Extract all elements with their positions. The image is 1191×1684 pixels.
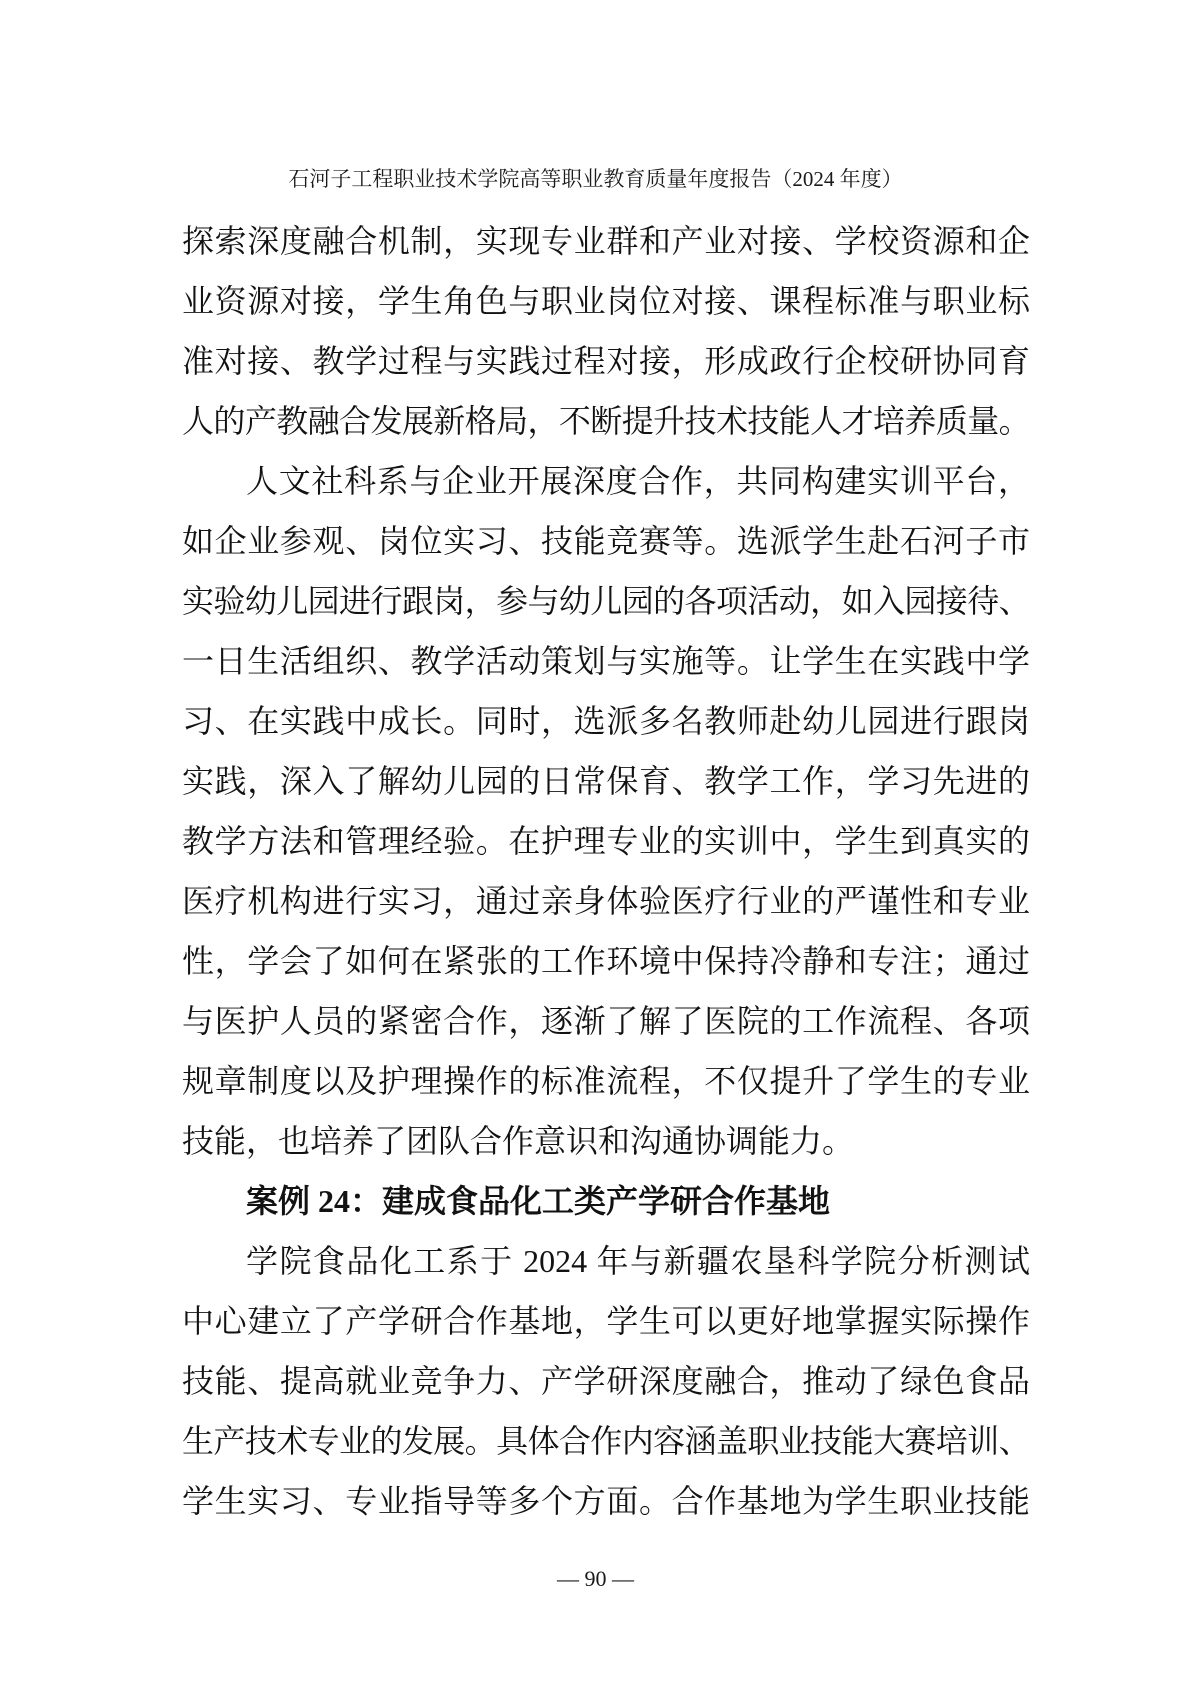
body-line: 医疗机构进行实习，通过亲身体验医疗行业的严谨性和专业 [182,871,1030,931]
case-study-heading: 案例 24：建成食品化工类产学研合作基地 [182,1171,1030,1231]
body-line: 与医护人员的紧密合作，逐渐了解了医院的工作流程、各项 [182,991,1030,1051]
document-page: 石河子工程职业技术学院高等职业教育质量年度报告（2024 年度） 探索深度融合机… [0,0,1191,1684]
body-line: 生产技术专业的发展。具体合作内容涵盖职业技能大赛培训、 [182,1411,1030,1471]
body-line: 人的产教融合发展新格局，不断提升技术技能人才培养质量。 [182,391,1030,451]
body-line: 业资源对接，学生角色与职业岗位对接、课程标准与职业标 [182,271,1030,331]
body-line: 探索深度融合机制，实现专业群和产业对接、学校资源和企 [182,211,1030,271]
body-line: 教学方法和管理经验。在护理专业的实训中，学生到真实的 [182,811,1030,871]
body-line: 学院食品化工系于 2024 年与新疆农垦科学院分析测试 [182,1231,1030,1291]
body-line: 学生实习、专业指导等多个方面。合作基地为学生职业技能 [182,1471,1030,1531]
body-line: 一日生活组织、教学活动策划与实施等。让学生在实践中学 [182,631,1030,691]
page-number: — 90 — [0,1562,1191,1596]
body-line: 技能、提高就业竞争力、产学研深度融合，推动了绿色食品 [182,1351,1030,1411]
body-line: 规章制度以及护理操作的标准流程，不仅提升了学生的专业 [182,1051,1030,1111]
body-line: 性，学会了如何在紧张的工作环境中保持冷静和专注；通过 [182,931,1030,991]
body-line: 实践，深入了解幼儿园的日常保育、教学工作，学习先进的 [182,751,1030,811]
body-line: 技能，也培养了团队合作意识和沟通协调能力。 [182,1111,1030,1171]
body-line: 人文社科系与企业开展深度合作，共同构建实训平台， [182,451,1030,511]
body-line: 准对接、教学过程与实践过程对接，形成政行企校研协同育 [182,331,1030,391]
body-line: 中心建立了产学研合作基地，学生可以更好地掌握实际操作 [182,1291,1030,1351]
body-line: 习、在实践中成长。同时，选派多名教师赴幼儿园进行跟岗 [182,691,1030,751]
document-body: 探索深度融合机制，实现专业群和产业对接、学校资源和企 业资源对接，学生角色与职业… [182,211,1030,1531]
running-header-title: 石河子工程职业技术学院高等职业教育质量年度报告（2024 年度） [0,163,1191,195]
body-line: 如企业参观、岗位实习、技能竞赛等。选派学生赴石河子市 [182,511,1030,571]
body-line: 实验幼儿园进行跟岗，参与幼儿园的各项活动，如入园接待、 [182,571,1030,631]
